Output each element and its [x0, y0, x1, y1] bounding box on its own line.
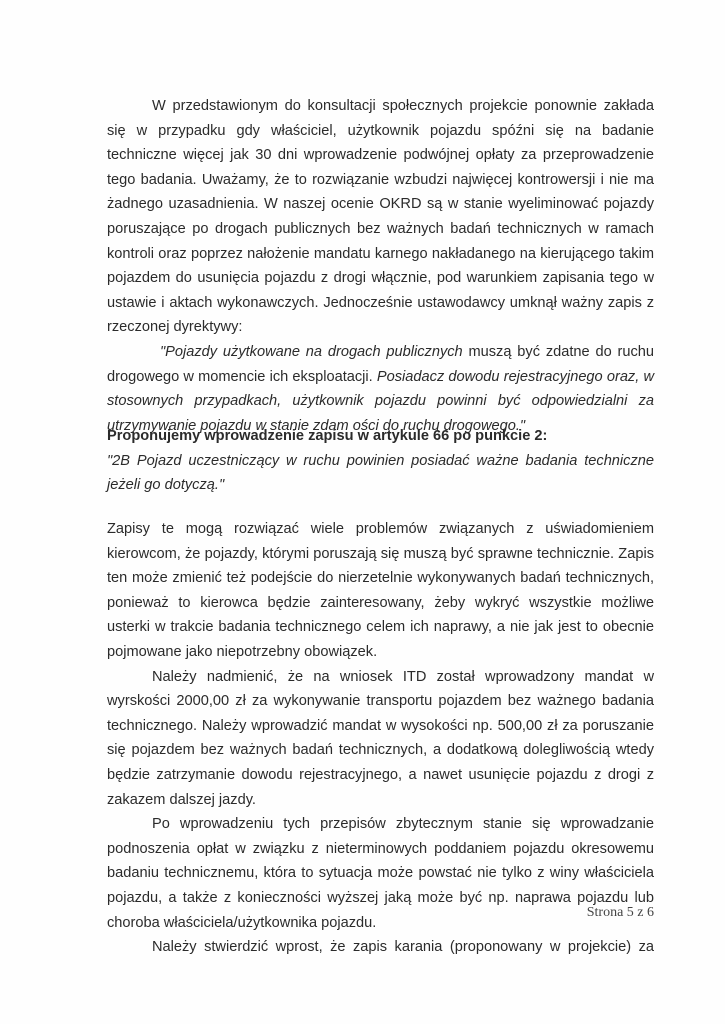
directive-quote-italic-1: "Pojazdy użytkowane na drogach publiczny… — [160, 344, 463, 360]
paragraph-intro-block: W przedstawionym do konsultacji społeczn… — [107, 94, 654, 438]
body-block: Zapisy te mogą rozwiązać wiele problemów… — [107, 517, 654, 960]
paragraph-1: W przedstawionym do konsultacji społeczn… — [107, 94, 654, 340]
page-number: Strona 5 z 6 — [587, 905, 654, 921]
paragraph-4: Po wprowadzeniu tych przepisów zbyteczny… — [107, 812, 654, 935]
paragraph-3: Należy nadmienić, że na wniosek ITD zost… — [107, 665, 654, 813]
proposal-quote: "2B Pojazd uczestniczący w ruchu powinie… — [107, 449, 654, 498]
paragraph-2: Zapisy te mogą rozwiązać wiele problemów… — [107, 517, 654, 665]
proposal-block: Proponujemy wprowadzenie zapisu w artyku… — [107, 424, 654, 498]
paragraph-5: Należy stwierdzić wprost, że zapis karan… — [107, 935, 654, 960]
document-page: W przedstawionym do konsultacji społeczn… — [0, 0, 725, 1024]
proposal-heading: Proponujemy wprowadzenie zapisu w artyku… — [107, 424, 654, 449]
